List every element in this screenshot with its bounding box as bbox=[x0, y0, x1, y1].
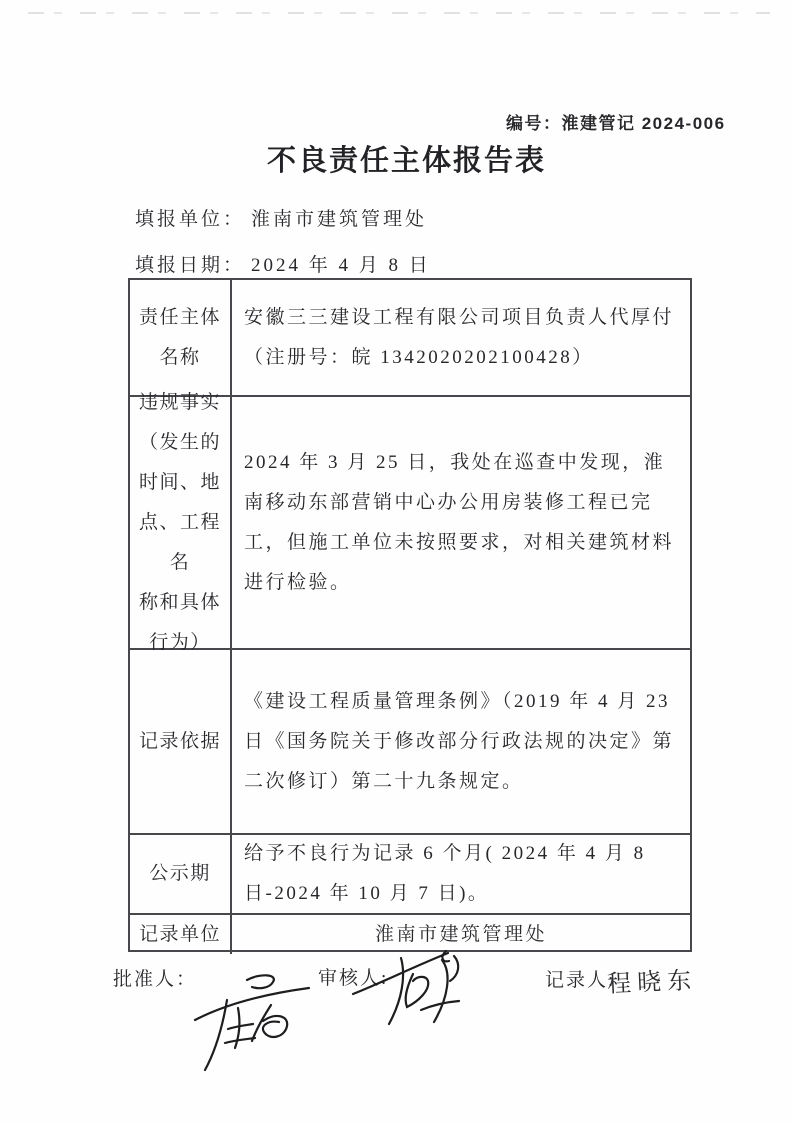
scan-artifact-line bbox=[28, 12, 770, 14]
reporting-date-line: 填报日期：2024 年 4 月 8 日 bbox=[135, 250, 431, 277]
label-record-unit: 记录单位 bbox=[130, 915, 232, 954]
value-record-basis: 《建设工程质量管理条例》（2019 年 4 月 23 日《国务院关于修改部分行政… bbox=[232, 650, 690, 835]
page-title: 不良责任主体报告表 bbox=[10, 138, 793, 179]
value-responsible-party-name: 安徽三三建设工程有限公司项目负责人代厚付 （注册号：皖 134202020210… bbox=[232, 280, 690, 397]
reporting-unit-value: 淮南市建筑管理处 bbox=[251, 209, 427, 230]
reviewer-signature-icon bbox=[349, 948, 481, 1038]
label-responsible-party-name: 责任主体 名称 bbox=[130, 280, 232, 397]
label-record-basis: 记录依据 bbox=[130, 650, 232, 835]
reporting-unit-label: 填报单位： bbox=[135, 209, 245, 230]
recorder-label: 记录人: bbox=[545, 965, 615, 992]
approver-label: 批准人： bbox=[113, 964, 197, 991]
label-violation-facts: 违规事实 （发生的 时间、地 点、工程名 称和具体 行为） bbox=[130, 397, 232, 650]
label-publicity-period: 公示期 bbox=[130, 835, 232, 915]
reporting-date-value: 2024 年 4 月 8 日 bbox=[251, 255, 431, 276]
recorder-signature-name: 程晓东 bbox=[606, 960, 697, 999]
document-number: 编号：淮建管记 2024-006 bbox=[506, 109, 726, 134]
approver-signature-icon bbox=[192, 972, 312, 1072]
report-table: 责任主体 名称 安徽三三建设工程有限公司项目负责人代厚付 （注册号：皖 1342… bbox=[128, 278, 692, 952]
value-publicity-period: 给予不良行为记录 6 个月( 2024 年 4 月 8 日-2024 年 10 … bbox=[232, 835, 690, 915]
value-violation-facts: 2024 年 3 月 25 日，我处在巡查中发现，淮南移动东部营销中心办公用房装… bbox=[232, 397, 690, 650]
scanned-report-page: 编号：淮建管记 2024-006 不良责任主体报告表 填报单位：淮南市建筑管理处… bbox=[0, 0, 793, 1122]
reporting-date-label: 填报日期： bbox=[135, 255, 245, 276]
reporting-unit-line: 填报单位：淮南市建筑管理处 bbox=[135, 204, 427, 231]
